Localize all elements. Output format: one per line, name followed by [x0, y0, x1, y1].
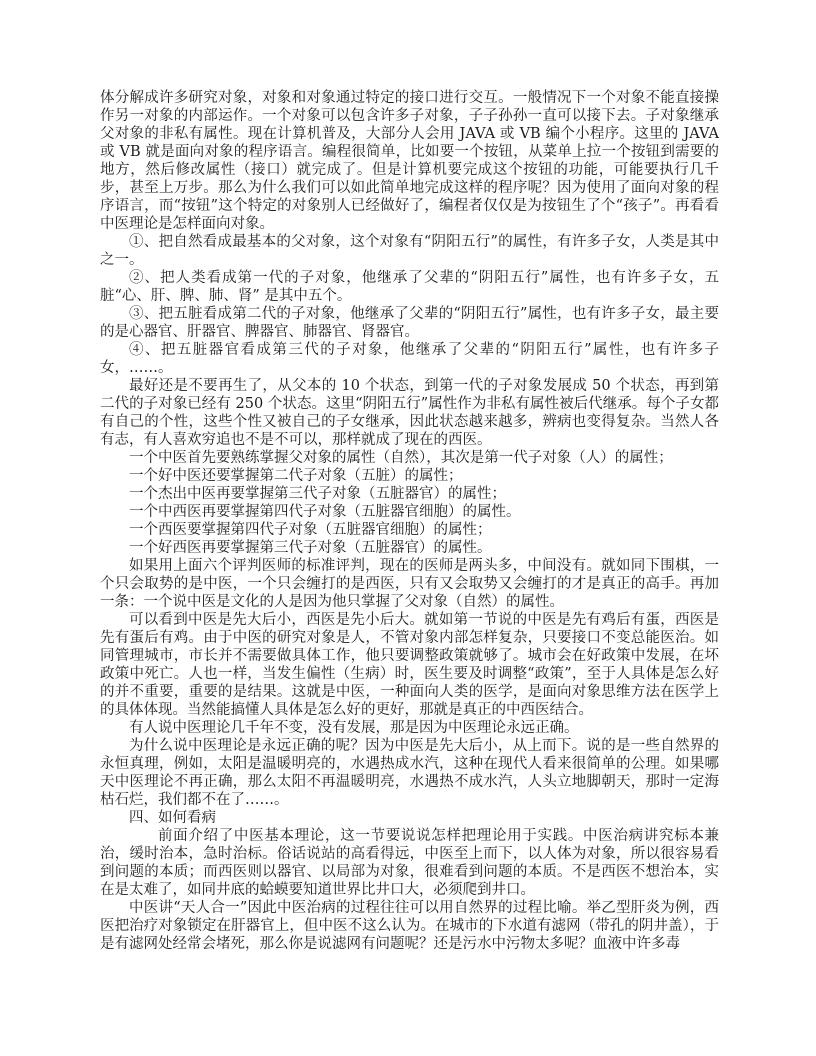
paragraph-doctor-level-5: 一个西医要掌握第四代子对象（五脏器官细胞）的属性； [100, 521, 719, 539]
paragraph-doctor-level-4: 一个中西医再要掌握第四代子对象（五脏器官细胞）的属性。 [100, 503, 719, 521]
paragraph-unchanged-theory: 有人说中医理论几千年不变，没有发展，那是因为中医理论永远正确。 [100, 719, 719, 737]
paragraph-practice-intro: 前面介绍了中医基本理论，这一节要说说怎样把理论用于实践。中医治病讲究标本兼治，缓… [100, 827, 719, 899]
paragraph-why-correct: 为什么说中医理论是永远正确的呢？因为中医是先大后小，从上而下。说的是一些自然界的… [100, 737, 719, 809]
paragraph-doctor-level-1: 一个中医首先要熟练掌握父对象的属性（自然），其次是第一代子对象（人）的属性； [100, 449, 719, 467]
paragraph-states: 最好还是不要再生了，从父本的 10 个状态，到第一代的子对象发展成 50 个状态… [100, 377, 719, 449]
paragraph-doctor-level-2: 一个好中医还要掌握第二代子对象（五脏）的属性； [100, 467, 719, 485]
paragraph-judgement: 如果用上面六个评判医师的标准评判，现在的医师是两头多，中间没有。就如同下围棋，一… [100, 557, 719, 611]
paragraph-doctor-level-3: 一个杰出中医再要掌握第三代子对象（五脏器官）的属性； [100, 485, 719, 503]
paragraph-item-4: ④、把五脏器官看成第三代的子对象，他继承了父辈的“阴阳五行”属性，也有许多子女，… [100, 341, 719, 377]
paragraph-hepatitis-analogy: 中医讲“天人合一”因此中医治病的过程往往可以用自然界的过程比喻。举乙型肝炎为例，… [100, 899, 719, 953]
paragraph-big-small: 可以看到中医是先大后小，西医是先小后大。就如第一节说的中医是先有鸡后有蛋，西医是… [100, 611, 719, 719]
document-page: 体分解成许多研究对象，对象和对象通过特定的接口进行交互。一般情况下一个对象不能直… [0, 0, 816, 1056]
paragraph-item-1: ①、把自然看成最基本的父对象，这个对象有“阴阳五行”的属性，有许多子女，人类是其… [100, 233, 719, 269]
paragraph-doctor-level-6: 一个好西医再要掌握第三代子对象（五脏器官）的属性。 [100, 539, 719, 557]
section-heading: 四、如何看病 [100, 809, 719, 827]
paragraph-item-3: ③、把五脏看成第二代的子对象，他继承了父辈的“阴阳五行”属性，也有许多子女，最主… [100, 305, 719, 341]
paragraph-intro-continuation: 体分解成许多研究对象，对象和对象通过特定的接口进行交互。一般情况下一个对象不能直… [100, 89, 719, 233]
paragraph-item-2: ②、把人类看成第一代的子对象，他继承了父辈的“阴阳五行”属性，也有许多子女，五脏… [100, 269, 719, 305]
document-text-body: 体分解成许多研究对象，对象和对象通过特定的接口进行交互。一般情况下一个对象不能直… [100, 89, 719, 953]
